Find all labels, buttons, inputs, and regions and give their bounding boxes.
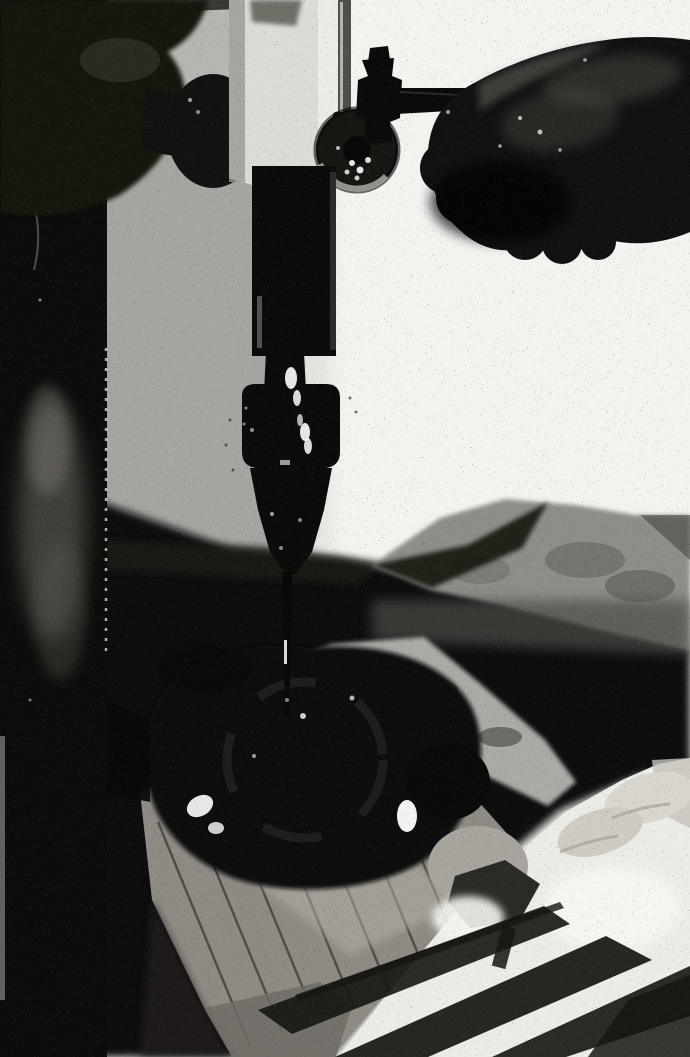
halftone-photo-canvas xyxy=(0,0,690,1057)
halftone-grain-light xyxy=(0,0,690,1057)
photo xyxy=(0,0,690,1057)
